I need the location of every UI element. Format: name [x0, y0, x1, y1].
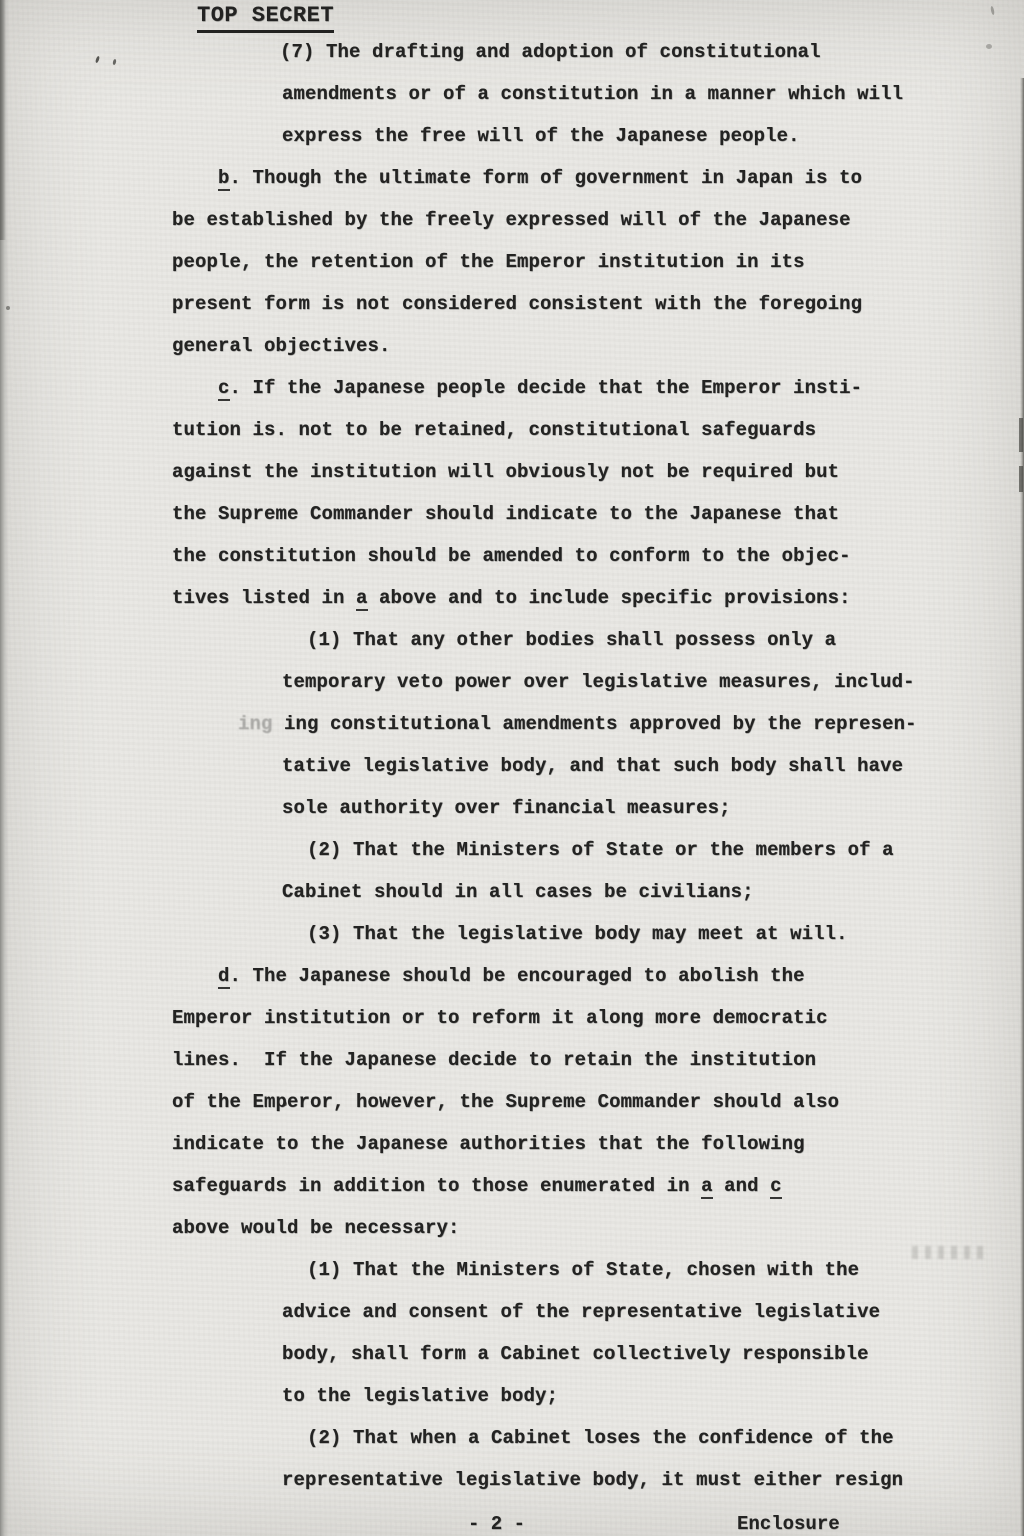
line-text: Emperor institution or to reform it alon… — [172, 1007, 828, 1029]
line-text: above would be necessary: — [172, 1217, 460, 1239]
document-line: (3) That the legislative body may meet a… — [307, 924, 848, 945]
line-text: . The Japanese should be encouraged to a… — [230, 965, 805, 987]
line-text: (1) That the Ministers of State, chosen … — [307, 1259, 859, 1281]
document-line: lines. If the Japanese decide to retain … — [172, 1050, 816, 1071]
document-line: Emperor institution or to reform it alon… — [172, 1008, 828, 1029]
underlined-letter: c — [218, 377, 230, 401]
line-text: be established by the freely expressed w… — [172, 209, 851, 231]
line-text: Cabinet should in all cases be civilians… — [282, 881, 754, 903]
document-line: (7) The drafting and adoption of constit… — [280, 42, 821, 63]
line-text: ing constitutional amendments approved b… — [273, 713, 917, 735]
document-line: body, shall form a Cabinet collectively … — [282, 1344, 869, 1365]
line-text: . Though the ultimate form of government… — [230, 167, 863, 189]
document-line: (2) That the Ministers of State or the m… — [307, 840, 894, 861]
line-text: representative legislative body, it must… — [282, 1469, 903, 1491]
document-line: indicate to the Japanese authorities tha… — [172, 1134, 805, 1155]
document-line: sole authority over financial measures; — [282, 798, 731, 819]
line-text: people, the retention of the Emperor ins… — [172, 251, 805, 273]
document-line: tives listed in a above and to include s… — [172, 588, 851, 609]
line-text: (2) That the Ministers of State or the m… — [307, 839, 894, 861]
line-text: amendments or of a constitution in a man… — [282, 83, 903, 105]
document-line: the Supreme Commander should indicate to… — [172, 504, 839, 525]
document-line: safeguards in addition to those enumerat… — [172, 1176, 782, 1197]
document-line: general objectives. — [172, 336, 391, 357]
document-line: above would be necessary: — [172, 1218, 460, 1239]
document-line: to the legislative body; — [282, 1386, 558, 1407]
line-text: general objectives. — [172, 335, 391, 357]
document-line: present form is not considered consisten… — [172, 294, 862, 315]
document-line: (2) That when a Cabinet loses the confid… — [307, 1428, 894, 1449]
enclosure-label: Enclosure — [737, 1513, 840, 1535]
document-line: Cabinet should in all cases be civilians… — [282, 882, 754, 903]
document-line: against the institution will obviously n… — [172, 462, 839, 483]
line-text: lines. If the Japanese decide to retain … — [172, 1049, 816, 1071]
line-text: above and to include specific provisions… — [368, 587, 851, 609]
document-line: ing ing constitutional amendments approv… — [238, 714, 917, 735]
line-text: advice and consent of the representative… — [282, 1301, 880, 1323]
underlined-letter: c — [770, 1175, 782, 1199]
line-text: present form is not considered consisten… — [172, 293, 862, 315]
document-line: of the Emperor, however, the Supreme Com… — [172, 1092, 839, 1113]
line-text: the constitution should be amended to co… — [172, 545, 851, 567]
document-line: d. The Japanese should be encouraged to … — [218, 966, 805, 987]
line-text: of the Emperor, however, the Supreme Com… — [172, 1091, 839, 1113]
line-text: . If the Japanese people decide that the… — [230, 377, 863, 399]
underlined-letter: d — [218, 965, 230, 989]
line-text: (1) That any other bodies shall possess … — [307, 629, 836, 651]
underlined-letter: a — [356, 587, 368, 611]
document-line: (1) That any other bodies shall possess … — [307, 630, 836, 651]
document-line: temporary veto power over legislative me… — [282, 672, 915, 693]
line-text: (7) The drafting and adoption of constit… — [280, 41, 821, 63]
page-number: - 2 - — [468, 1513, 525, 1535]
line-text: (2) That when a Cabinet loses the confid… — [307, 1427, 894, 1449]
document-line: tution is. not to be retained, constitut… — [172, 420, 816, 441]
underlined-letter: b — [218, 167, 230, 191]
line-text: (3) That the legislative body may meet a… — [307, 923, 848, 945]
document-line: be established by the freely expressed w… — [172, 210, 851, 231]
line-text: safeguards in addition to those enumerat… — [172, 1175, 701, 1197]
line-text: sole authority over financial measures; — [282, 797, 731, 819]
ghost-text: ing — [238, 713, 273, 735]
line-text: to the legislative body; — [282, 1385, 558, 1407]
line-text: and — [713, 1175, 771, 1197]
underlined-letter: a — [701, 1175, 713, 1199]
line-text: tution is. not to be retained, constitut… — [172, 419, 816, 441]
line-text: tives listed in — [172, 587, 356, 609]
line-text: against the institution will obviously n… — [172, 461, 839, 483]
document-line: advice and consent of the representative… — [282, 1302, 880, 1323]
scanned-document-page: TOP SECRET (7) The drafting and adoption… — [0, 0, 1024, 1536]
line-text: the Supreme Commander should indicate to… — [172, 503, 839, 525]
line-text: body, shall form a Cabinet collectively … — [282, 1343, 869, 1365]
line-text: indicate to the Japanese authorities tha… — [172, 1133, 805, 1155]
document-line: the constitution should be amended to co… — [172, 546, 851, 567]
document-line: tative legislative body, and that such b… — [282, 756, 903, 777]
document-line: representative legislative body, it must… — [282, 1470, 903, 1491]
document-line: people, the retention of the Emperor ins… — [172, 252, 805, 273]
line-text: express the free will of the Japanese pe… — [282, 125, 800, 147]
document-line: c. If the Japanese people decide that th… — [218, 378, 862, 399]
document-line: express the free will of the Japanese pe… — [282, 126, 800, 147]
line-text: temporary veto power over legislative me… — [282, 671, 915, 693]
document-line: b. Though the ultimate form of governmen… — [218, 168, 862, 189]
line-text: tative legislative body, and that such b… — [282, 755, 903, 777]
document-body: (7) The drafting and adoption of constit… — [0, 0, 1024, 1536]
document-line: amendments or of a constitution in a man… — [282, 84, 903, 105]
document-line: (1) That the Ministers of State, chosen … — [307, 1260, 859, 1281]
